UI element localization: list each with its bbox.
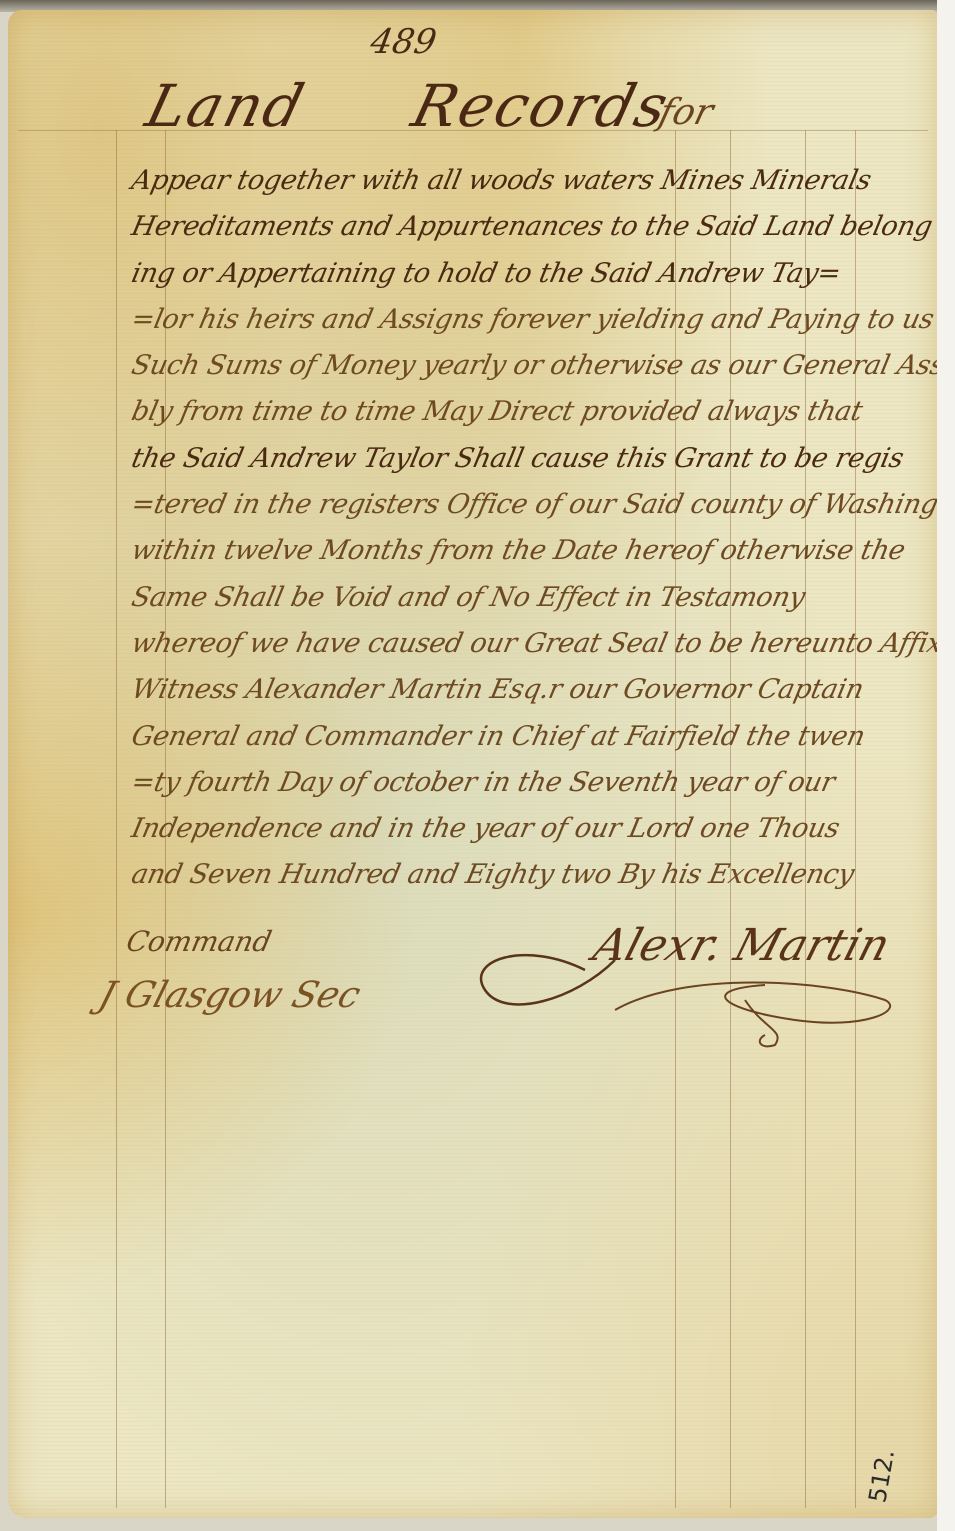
manuscript-line: Hereditaments and Appurtenances to the S… (127, 204, 952, 250)
manuscript-line: General and Commander in Chief at Fairfi… (127, 714, 952, 760)
manuscript-line: whereof we have caused our Great Seal to… (127, 621, 952, 667)
manuscript-line: ing or Appertaining to hold to the Said … (127, 251, 952, 297)
manuscript-line: the Said Andrew Taylor Shall cause this … (127, 436, 952, 482)
manuscript-line: =lor his heirs and Assigns forever yield… (127, 297, 952, 343)
manuscript-line: bly from time to time May Direct provide… (127, 389, 952, 435)
page-number: 489 (367, 22, 439, 62)
manuscript-line: and Seven Hundred and Eighty two By his … (127, 852, 952, 898)
page-title-suffix: for (655, 92, 717, 133)
page-title: Land Records (140, 72, 677, 140)
manuscript-line: =tered in the registers Office of our Sa… (127, 482, 952, 528)
closing-word: Command (123, 925, 274, 958)
manuscript-line: Such Sums of Money yearly or otherwise a… (127, 343, 952, 389)
manuscript-line: =ty fourth Day of october in the Seventh… (127, 760, 952, 806)
manuscript-line: Witness Alexander Martin Esq.r our Gover… (127, 667, 952, 713)
scan-margin (937, 0, 955, 1531)
manuscript-line: Appear together with all woods waters Mi… (127, 158, 952, 204)
manuscript-line: Independence and in the year of our Lord… (127, 806, 952, 852)
left-margin-rule (116, 130, 117, 1508)
governor-signature: Alexr. Martin (588, 920, 896, 971)
secretary-signature: J Glasgow Sec (94, 975, 365, 1016)
manuscript-line: within twelve Months from the Date hereo… (127, 528, 952, 574)
manuscript-body: Appear together with all woods waters Mi… (127, 158, 942, 899)
manuscript-line: Same Shall be Void and of No Effect in T… (127, 575, 952, 621)
